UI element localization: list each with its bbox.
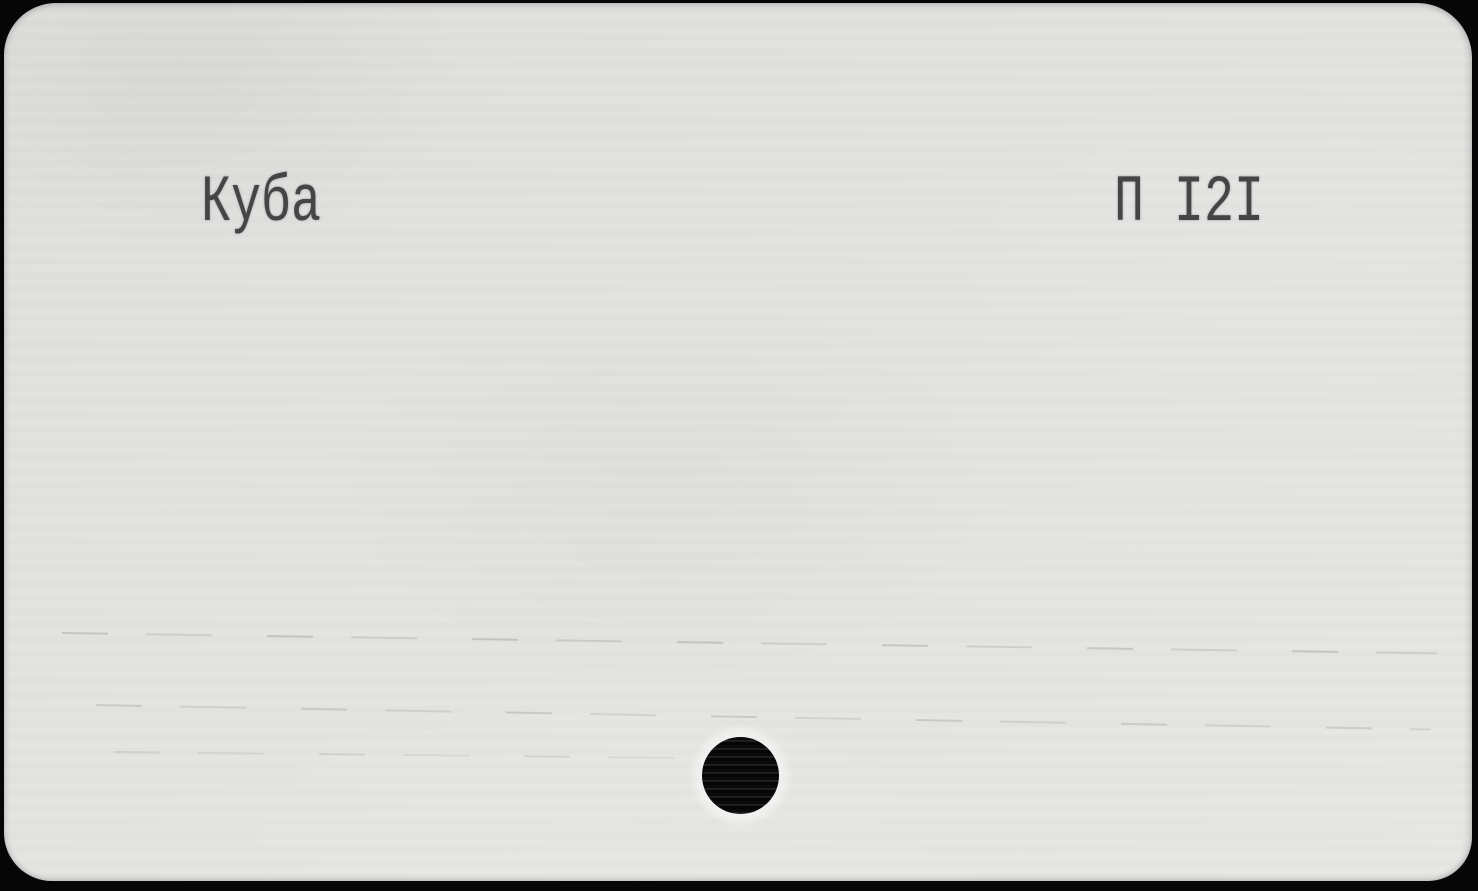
card-call-number: П I2I xyxy=(1114,171,1264,237)
punch-hole xyxy=(702,737,779,814)
card-heading: Куба xyxy=(201,171,321,237)
catalog-card: Куба П I2I xyxy=(4,3,1472,881)
faint-ruled-line xyxy=(62,632,1437,654)
faint-ruled-line xyxy=(114,751,674,759)
faint-ruled-line xyxy=(96,704,1431,730)
